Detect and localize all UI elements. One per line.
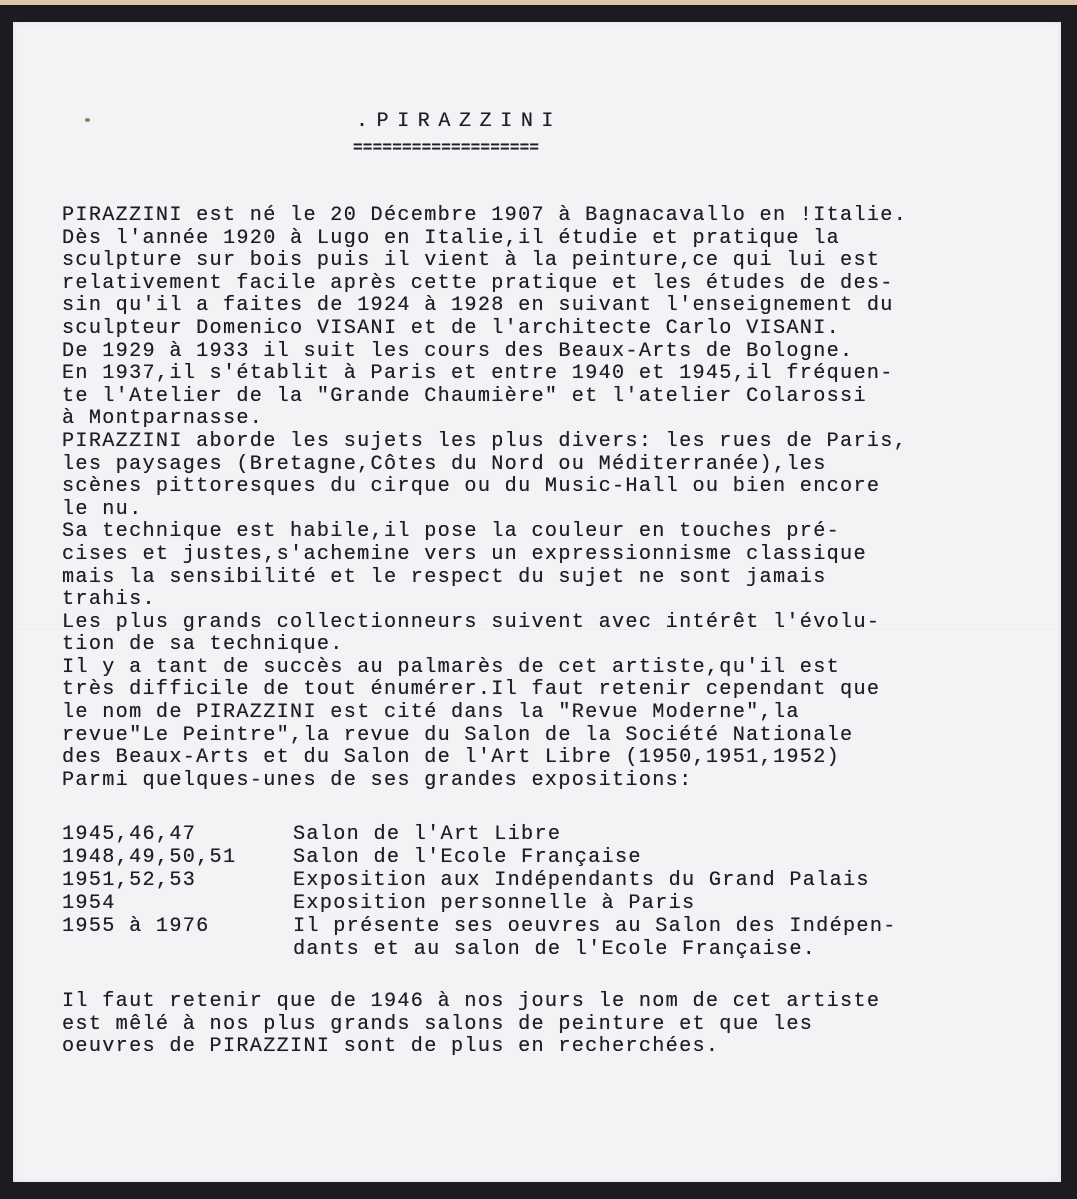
body-line: le nu. bbox=[62, 499, 907, 522]
exposition-description: Salon de l'Art Libre bbox=[293, 823, 561, 846]
exposition-row: 1954Exposition personnelle à Paris bbox=[62, 892, 1002, 915]
body-line: sin qu'il a faites de 1924 à 1928 en sui… bbox=[62, 295, 907, 318]
body-line: relativement facile après cette pratique… bbox=[62, 273, 907, 296]
paper-speck bbox=[85, 118, 90, 122]
exposition-row: 1945,46,47Salon de l'Art Libre bbox=[62, 823, 1002, 846]
body-line: à Montparnasse. bbox=[62, 408, 907, 431]
exposition-years: 1954 bbox=[62, 892, 293, 915]
exposition-years: 1948,49,50,51 bbox=[62, 846, 293, 869]
closing-paragraph: Il faut retenir que de 1946 à nos jours … bbox=[62, 991, 880, 1059]
frame-edge bbox=[0, 0, 1077, 5]
body-line: revue"Le Peintre",la revue du Salon de l… bbox=[62, 725, 907, 748]
exposition-description: Il présente ses oeuvres au Salon des Ind… bbox=[293, 915, 897, 938]
title-underline: =================== bbox=[353, 140, 539, 156]
body-line: trahis. bbox=[62, 589, 907, 612]
body-line: mais la sensibilité et le respect du suj… bbox=[62, 567, 907, 590]
body-line: des Beaux-Arts et du Salon de l'Art Libr… bbox=[62, 747, 907, 770]
body-line: scènes pittoresques du cirque ou du Musi… bbox=[62, 476, 907, 499]
exposition-years: 1955 à 1976 bbox=[62, 915, 293, 938]
document-frame: .PIRAZZINI =================== PIRAZZINI… bbox=[0, 0, 1077, 1199]
exposition-row: 1951,52,53Exposition aux Indépendants du… bbox=[62, 869, 1002, 892]
body-line: les paysages (Bretagne,Côtes du Nord ou … bbox=[62, 454, 907, 477]
exposition-years: 1945,46,47 bbox=[62, 823, 293, 846]
expositions-list: 1945,46,47Salon de l'Art Libre1948,49,50… bbox=[62, 823, 1002, 961]
body-line: Il y a tant de succès au palmarès de cet… bbox=[62, 657, 907, 680]
body-line: PIRAZZINI est né le 20 Décembre 1907 à B… bbox=[62, 205, 907, 228]
body-line: Les plus grands collectionneurs suivent … bbox=[62, 612, 907, 635]
closing-line: oeuvres de PIRAZZINI sont de plus en rec… bbox=[62, 1036, 880, 1059]
exposition-description: Exposition aux Indépendants du Grand Pal… bbox=[293, 869, 870, 892]
body-line: te l'Atelier de la "Grande Chaumière" et… bbox=[62, 386, 907, 409]
body-line: le nom de PIRAZZINI est cité dans la "Re… bbox=[62, 702, 907, 725]
exposition-years bbox=[62, 938, 293, 961]
body-line: De 1929 à 1933 il suit les cours des Bea… bbox=[62, 341, 907, 364]
body-line: Parmi quelques-unes de ses grandes expos… bbox=[62, 770, 907, 793]
body-line: sculpteur Domenico VISANI et de l'archit… bbox=[62, 318, 907, 341]
body-line: très difficile de tout énumérer.Il faut … bbox=[62, 679, 907, 702]
exposition-row: 1955 à 1976Il présente ses oeuvres au Sa… bbox=[62, 915, 1002, 938]
exposition-description: Exposition personnelle à Paris bbox=[293, 892, 695, 915]
exposition-description: Salon de l'Ecole Française bbox=[293, 846, 642, 869]
body-line: Dès l'année 1920 à Lugo en Italie,il étu… bbox=[62, 228, 907, 251]
exposition-description: dants et au salon de l'Ecole Française. bbox=[293, 938, 816, 961]
exposition-row: 1948,49,50,51Salon de l'Ecole Française bbox=[62, 846, 1002, 869]
closing-line: est mêlé à nos plus grands salons de pei… bbox=[62, 1014, 880, 1037]
biography-body: PIRAZZINI est né le 20 Décembre 1907 à B… bbox=[62, 205, 907, 792]
body-line: cises et justes,s'achemine vers un expre… bbox=[62, 544, 907, 567]
exposition-years: 1951,52,53 bbox=[62, 869, 293, 892]
document-title: .PIRAZZINI bbox=[356, 111, 562, 133]
body-line: PIRAZZINI aborde les sujets les plus div… bbox=[62, 431, 907, 454]
body-line: sculpture sur bois puis il vient à la pe… bbox=[62, 250, 907, 273]
body-line: tion de sa technique. bbox=[62, 634, 907, 657]
exposition-row: dants et au salon de l'Ecole Française. bbox=[62, 938, 1002, 961]
closing-line: Il faut retenir que de 1946 à nos jours … bbox=[62, 991, 880, 1014]
body-line: Sa technique est habile,il pose la coule… bbox=[62, 521, 907, 544]
body-line: En 1937,il s'établit à Paris et entre 19… bbox=[62, 363, 907, 386]
